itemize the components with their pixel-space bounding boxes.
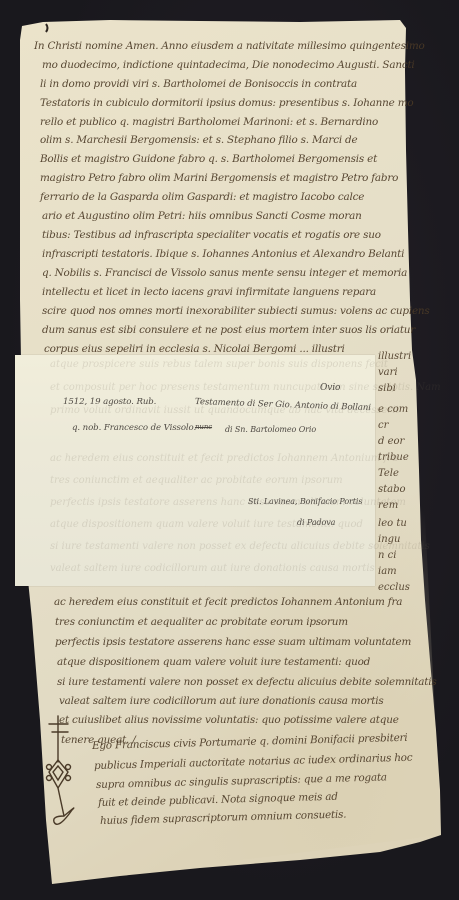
- note-annotation-1: Sti. Lavinea, Bonifacio Portis: [248, 497, 362, 506]
- bleedthrough-line: atque prospicere suis rebus talem super …: [50, 359, 388, 360]
- note-annotation-2: di Padova: [297, 518, 335, 527]
- bleedthrough-line: tres coniunctim et aequaliter ac probita…: [50, 475, 343, 476]
- note-date: 1512, 19 agosto. Rub.: [63, 397, 156, 407]
- archival-note-slip: atque prospicere suis rebus talem super …: [15, 355, 375, 586]
- note-line2: q. nob. Francesco de Vissolo.: [72, 423, 196, 433]
- note-struck-word: nunc: [195, 423, 212, 431]
- bleedthrough-line: valeat saltem iure codicillorum aut iure…: [50, 563, 375, 564]
- bleedthrough-line: si iure testamenti valere non posset ex …: [50, 541, 430, 542]
- notary-signum-icon: [44, 712, 94, 832]
- note-line2-continued: di Sn. Bartolomeo Orio: [225, 425, 316, 434]
- bleedthrough-line: et composuit per hoc presens testamentum…: [50, 382, 441, 383]
- note-superscript: Ovio: [320, 383, 340, 393]
- bleedthrough-line: ac heredem eius constituit et fecit pred…: [50, 453, 398, 454]
